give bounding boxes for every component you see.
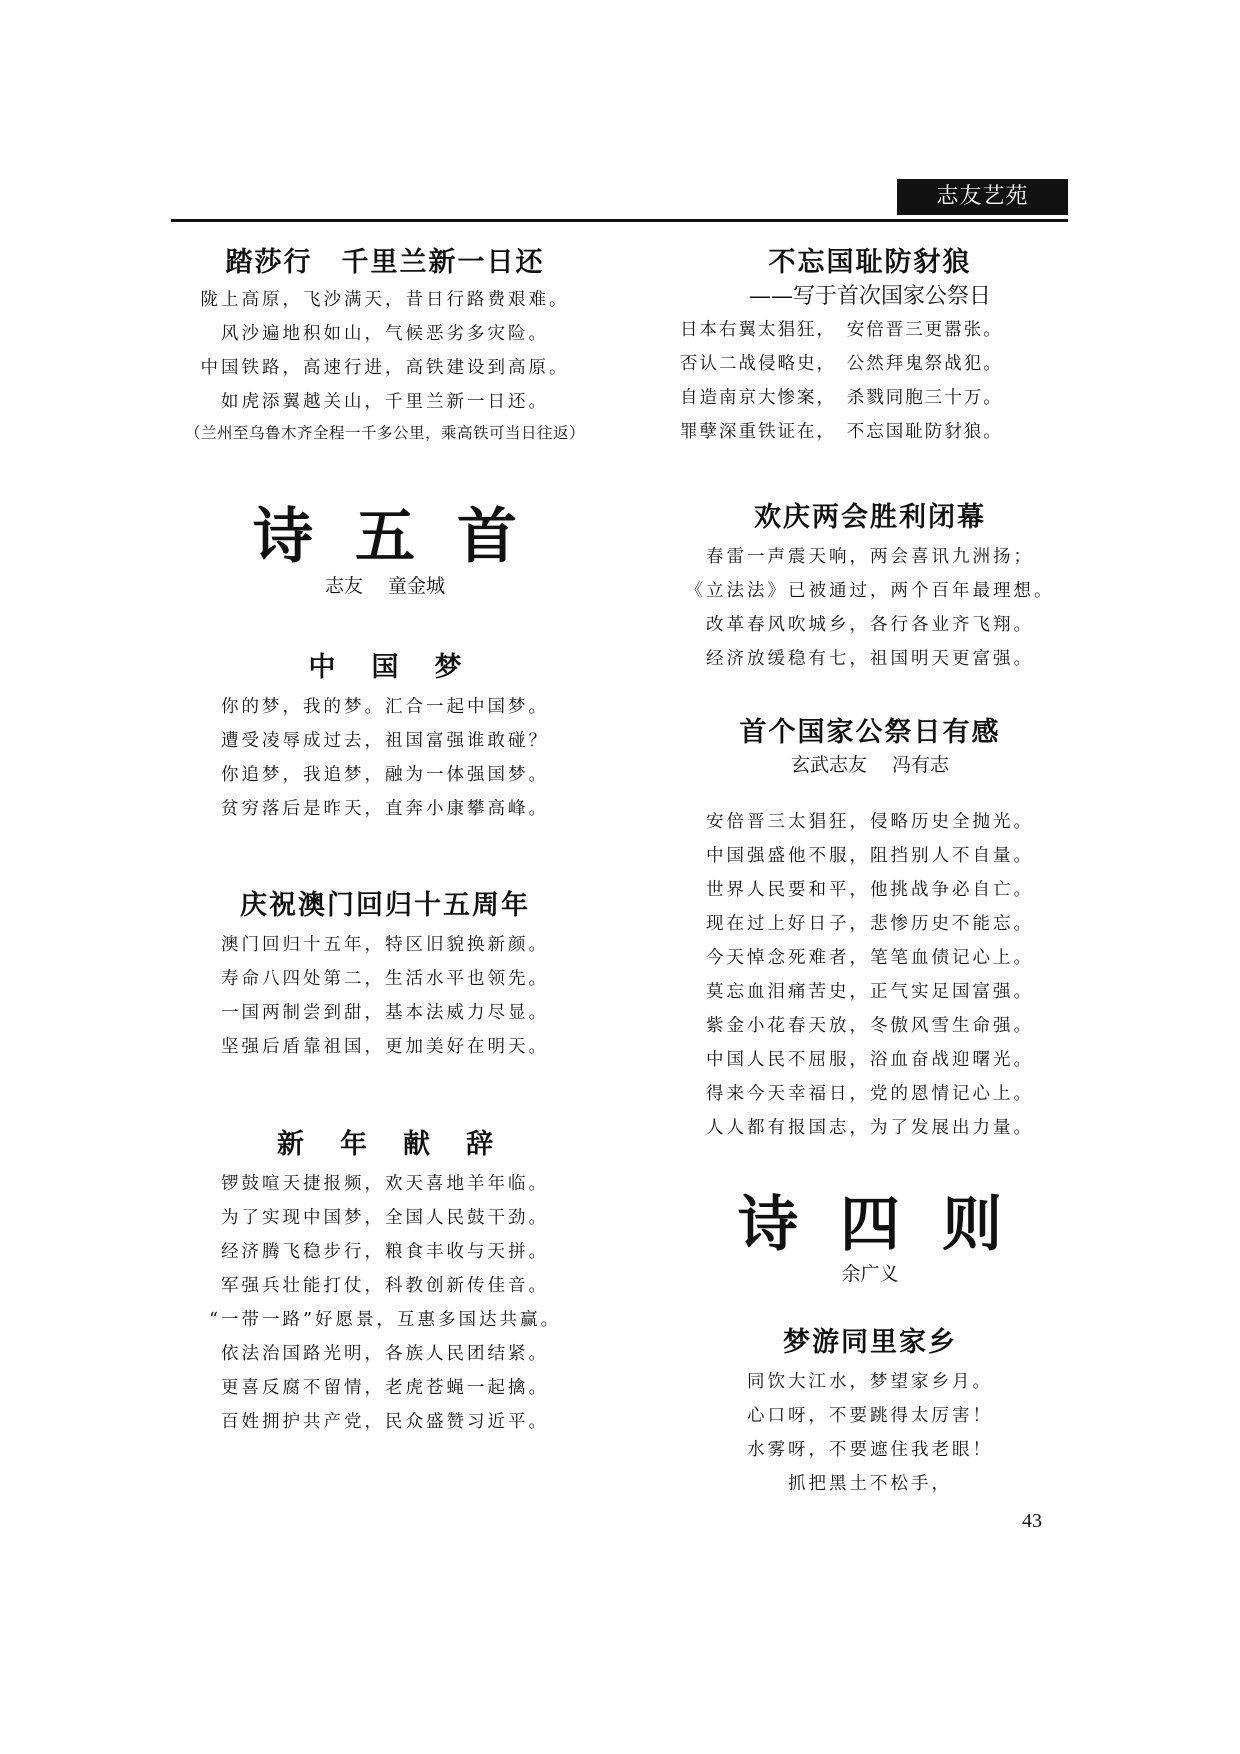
poem-line: 安倍晋三太猖狂，侵略历史全抛光。 — [670, 805, 1070, 839]
poem-lianghui: 欢庆两会胜利闭幕 春雷一声震天响，两会喜讯九洲扬； 《立法法》已被通过，两个百年… — [670, 500, 1070, 676]
poem-zhongguomeng: 中国梦 你的梦，我的梦。汇合一起中国梦。 遭受凌辱成过去，祖国富强谁敢碰？ 你追… — [170, 650, 600, 826]
poem-line: 心口呀，不要跳得太厉害！ — [670, 1399, 1070, 1433]
section-label-box: 志友艺苑 — [897, 179, 1068, 215]
poem-line: 日本右翼太猖狂， 安倍晋三更嚣张。 — [670, 313, 1070, 347]
poem-line: 中国强盛他不服，阻挡别人不自量。 — [670, 839, 1070, 873]
poem-line: 同饮大江水，梦望家乡月。 — [670, 1365, 1070, 1399]
poem-line: 澳门回归十五年，特区旧貌换新颜。 — [170, 928, 600, 962]
author-name: 余广义 — [841, 1263, 898, 1285]
poem-line: 坚强后盾靠祖国，更加美好在明天。 — [170, 1030, 600, 1064]
poem-line: 否认二战侵略史， 公然拜鬼祭战犯。 — [670, 347, 1070, 381]
poem-line: 依法治国路光明，各族人民团结紧。 — [170, 1337, 600, 1371]
poem-line: 紫金小花春天放，冬傲风雪生命强。 — [670, 1009, 1070, 1043]
poem-line: 更喜反腐不留情，老虎苍蝇一起擒。 — [170, 1371, 600, 1405]
poem-line: 中国铁路，高速行进，高铁建设到高原。 — [170, 351, 600, 385]
poem-line: 贫穷落后是昨天，直奔小康攀高峰。 — [170, 792, 600, 826]
poem-mengyou: 梦游同里家乡 同饮大江水，梦望家乡月。 心口呀，不要跳得太厉害！ 水雾呀，不要遮… — [670, 1325, 1070, 1501]
poem-line: 寿命八四处第二，生活水平也领先。 — [170, 962, 600, 996]
author-name: 冯有志 — [892, 754, 949, 776]
poem-line: 春雷一声震天响，两会喜讯九洲扬； — [670, 540, 1070, 574]
poem-line: 经济放缓稳有七，祖国明天更富强。 — [670, 642, 1070, 676]
poem-line: 锣鼓喧天捷报频，欢天喜地羊年临。 — [170, 1167, 600, 1201]
poem-line: 遭受凌辱成过去，祖国富强谁敢碰？ — [170, 724, 600, 758]
poem-xinnian: 新年献辞 锣鼓喧天捷报频，欢天喜地羊年临。 为了实现中国梦，全国人民鼓干劲。 经… — [170, 1127, 600, 1439]
poem-line: 改革春风吹城乡，各行各业齐飞翔。 — [670, 608, 1070, 642]
poem-title: 新年献辞 — [170, 1127, 600, 1163]
page-number: 43 — [1022, 1510, 1042, 1533]
author-line: 余广义 — [670, 1260, 1070, 1288]
poem-line: 如虎添翼越关山，千里兰新一日还。 — [170, 385, 600, 419]
poem-line: 陇上高原，飞沙满天，昔日行路费艰难。 — [170, 283, 600, 317]
poem-line: 百姓拥护共产党，民众盛赞习近平。 — [170, 1405, 600, 1439]
poem-title: 不忘国耻防豺狼 — [670, 245, 1070, 281]
poem-line: 中国人民不屈服，浴血奋战迎曙光。 — [670, 1043, 1070, 1077]
poem-line: 水雾呀，不要遮住我老眼！ — [670, 1433, 1070, 1467]
group-title: 诗四则 — [670, 1190, 1070, 1260]
poem-line: 自造南京大惨案， 杀戮同胞三十万。 — [670, 381, 1070, 415]
poem-tashaxing: 踏莎行 千里兰新一日还 陇上高原，飞沙满天，昔日行路费艰难。 风沙遍地积如山，气… — [170, 245, 600, 447]
poem-line: 为了实现中国梦，全国人民鼓干劲。 — [170, 1201, 600, 1235]
author-line: 玄武志友 冯有志 — [670, 751, 1070, 779]
poem-line: 你的梦，我的梦。汇合一起中国梦。 — [170, 690, 600, 724]
poem-macau: 庆祝澳门回归十五周年 澳门回归十五年，特区旧貌换新颜。 寿命八四处第二，生活水平… — [170, 888, 600, 1064]
poem-gongjiri: 首个国家公祭日有感 玄武志友 冯有志 安倍晋三太猖狂，侵略历史全抛光。 中国强盛… — [670, 715, 1070, 1145]
poem-title: 梦游同里家乡 — [670, 1325, 1070, 1361]
poem-line: 经济腾飞稳步行，粮食丰收与天拼。 — [170, 1235, 600, 1269]
author-line: 志友 童金城 — [170, 572, 600, 600]
poem-line: 一国两制尝到甜，基本法威力尽显。 — [170, 996, 600, 1030]
poem-buwangguochi: 不忘国耻防豺狼 ——写于首次国家公祭日 日本右翼太猖狂， 安倍晋三更嚣张。 否认… — [670, 245, 1070, 449]
poem-title: 庆祝澳门回归十五周年 — [170, 888, 600, 924]
poem-subtitle: ——写于首次国家公祭日 — [670, 281, 1070, 313]
poem-note: （兰州至乌鲁木齐全程一千多公里，乘高铁可当日往返） — [170, 419, 600, 447]
poem-line: 人人都有报国志，为了发展出力量。 — [670, 1111, 1070, 1145]
poem-line: 军强兵壮能打仗，科教创新传佳音。 — [170, 1269, 600, 1303]
poem-line: 《立法法》已被通过，两个百年最理想。 — [670, 574, 1070, 608]
poem-line: 今天悼念死难者，笔笔血债记心上。 — [670, 941, 1070, 975]
author-prefix: 玄武志友 — [791, 754, 867, 776]
group-shiwushou: 诗五首 志友 童金城 — [170, 502, 600, 600]
poem-line: 你追梦，我追梦，融为一体强国梦。 — [170, 758, 600, 792]
poem-line: 风沙遍地积如山，气候恶劣多灾险。 — [170, 317, 600, 351]
author-prefix: 志友 — [325, 575, 363, 597]
group-shisize: 诗四则 余广义 — [670, 1190, 1070, 1288]
poem-title: 中国梦 — [170, 650, 600, 686]
poem-line: 世界人民要和平，他挑战争必自亡。 — [670, 873, 1070, 907]
poem-line: 现在过上好日子，悲惨历史不能忘。 — [670, 907, 1070, 941]
poem-title: 欢庆两会胜利闭幕 — [670, 500, 1070, 536]
poem-line: 得来今天幸福日，党的恩情记心上。 — [670, 1077, 1070, 1111]
author-name: 童金城 — [388, 575, 445, 597]
poem-line: 莫忘血泪痛苦史，正气实足国富强。 — [670, 975, 1070, 1009]
poem-line: 罪孽深重铁证在， 不忘国耻防豺狼。 — [670, 415, 1070, 449]
group-title: 诗五首 — [170, 502, 600, 572]
poem-title: 首个国家公祭日有感 — [670, 715, 1070, 751]
poem-line: “一带一路”好愿景，互惠多国达共赢。 — [170, 1303, 600, 1337]
header-rule — [171, 219, 1068, 222]
poem-line: 抓把黑土不松手， — [670, 1467, 1070, 1501]
poem-title: 踏莎行 千里兰新一日还 — [170, 245, 600, 281]
section-label: 志友艺苑 — [936, 184, 1028, 209]
